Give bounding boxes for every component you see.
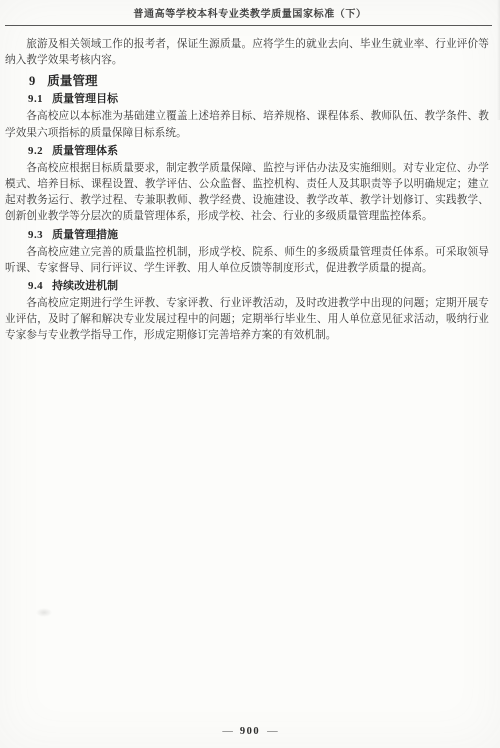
section-title: 持续改进机制: [52, 280, 118, 292]
section-paragraph-9-3: 各高校应建立完善的质量监控机制，形成学校、院系、师生的多级质量管理责任体系。可采…: [5, 245, 489, 277]
section-heading-9-4: 9.4持续改进机制: [28, 279, 489, 293]
section-number: 9.1: [28, 93, 43, 105]
section-number: 9.4: [28, 280, 43, 292]
chapter-number: 9: [29, 74, 35, 88]
page-footer: —900—: [0, 726, 500, 737]
document-page: 普通高等学校本科专业类教学质量国家标准（下） 旅游及相关领域工作的报考者，保证生…: [0, 0, 500, 748]
section-title: 质量管理措施: [52, 229, 118, 241]
header-title: 普通高等学校本科专业类教学质量国家标准（下）: [133, 9, 366, 20]
section-paragraph-9-2: 各高校应根据目标质量要求，制定教学质量保障、监控与评估办法及实施细则。对专业定位…: [5, 161, 489, 226]
page-number: 900: [240, 726, 260, 737]
section-paragraph-9-4: 各高校应定期进行学生评教、专家评教、行业评教活动，及时改进教学中出现的问题；定期…: [5, 296, 489, 345]
section-heading-9-3: 9.3质量管理措施: [28, 228, 489, 242]
page-content: 旅游及相关领域工作的报考者，保证生源质量。应将学生的就业去向、毕业生就业率、行业…: [0, 37, 500, 345]
footer-dash-right: —: [267, 726, 278, 737]
section-heading-9-2: 9.2质量管理体系: [28, 144, 489, 158]
page-header: 普通高等学校本科专业类教学质量国家标准（下）: [0, 0, 500, 21]
section-number: 9.3: [28, 229, 43, 241]
section-title: 质量管理体系: [52, 145, 118, 157]
section-title: 质量管理目标: [52, 93, 118, 105]
chapter-heading: 9质量管理: [29, 73, 489, 90]
chapter-title: 质量管理: [47, 74, 97, 88]
intro-paragraph: 旅游及相关领域工作的报考者，保证生源质量。应将学生的就业去向、毕业生就业率、行业…: [5, 37, 489, 69]
footer-dash-left: —: [222, 726, 233, 737]
section-number: 9.2: [28, 145, 43, 157]
section-heading-9-1: 9.1质量管理目标: [28, 92, 489, 106]
scan-smudge: [36, 608, 52, 617]
header-rule: [5, 25, 492, 26]
section-paragraph-9-1: 各高校应以本标准为基础建立覆盖上述培养目标、培养规格、课程体系、教师队伍、教学条…: [5, 109, 489, 141]
